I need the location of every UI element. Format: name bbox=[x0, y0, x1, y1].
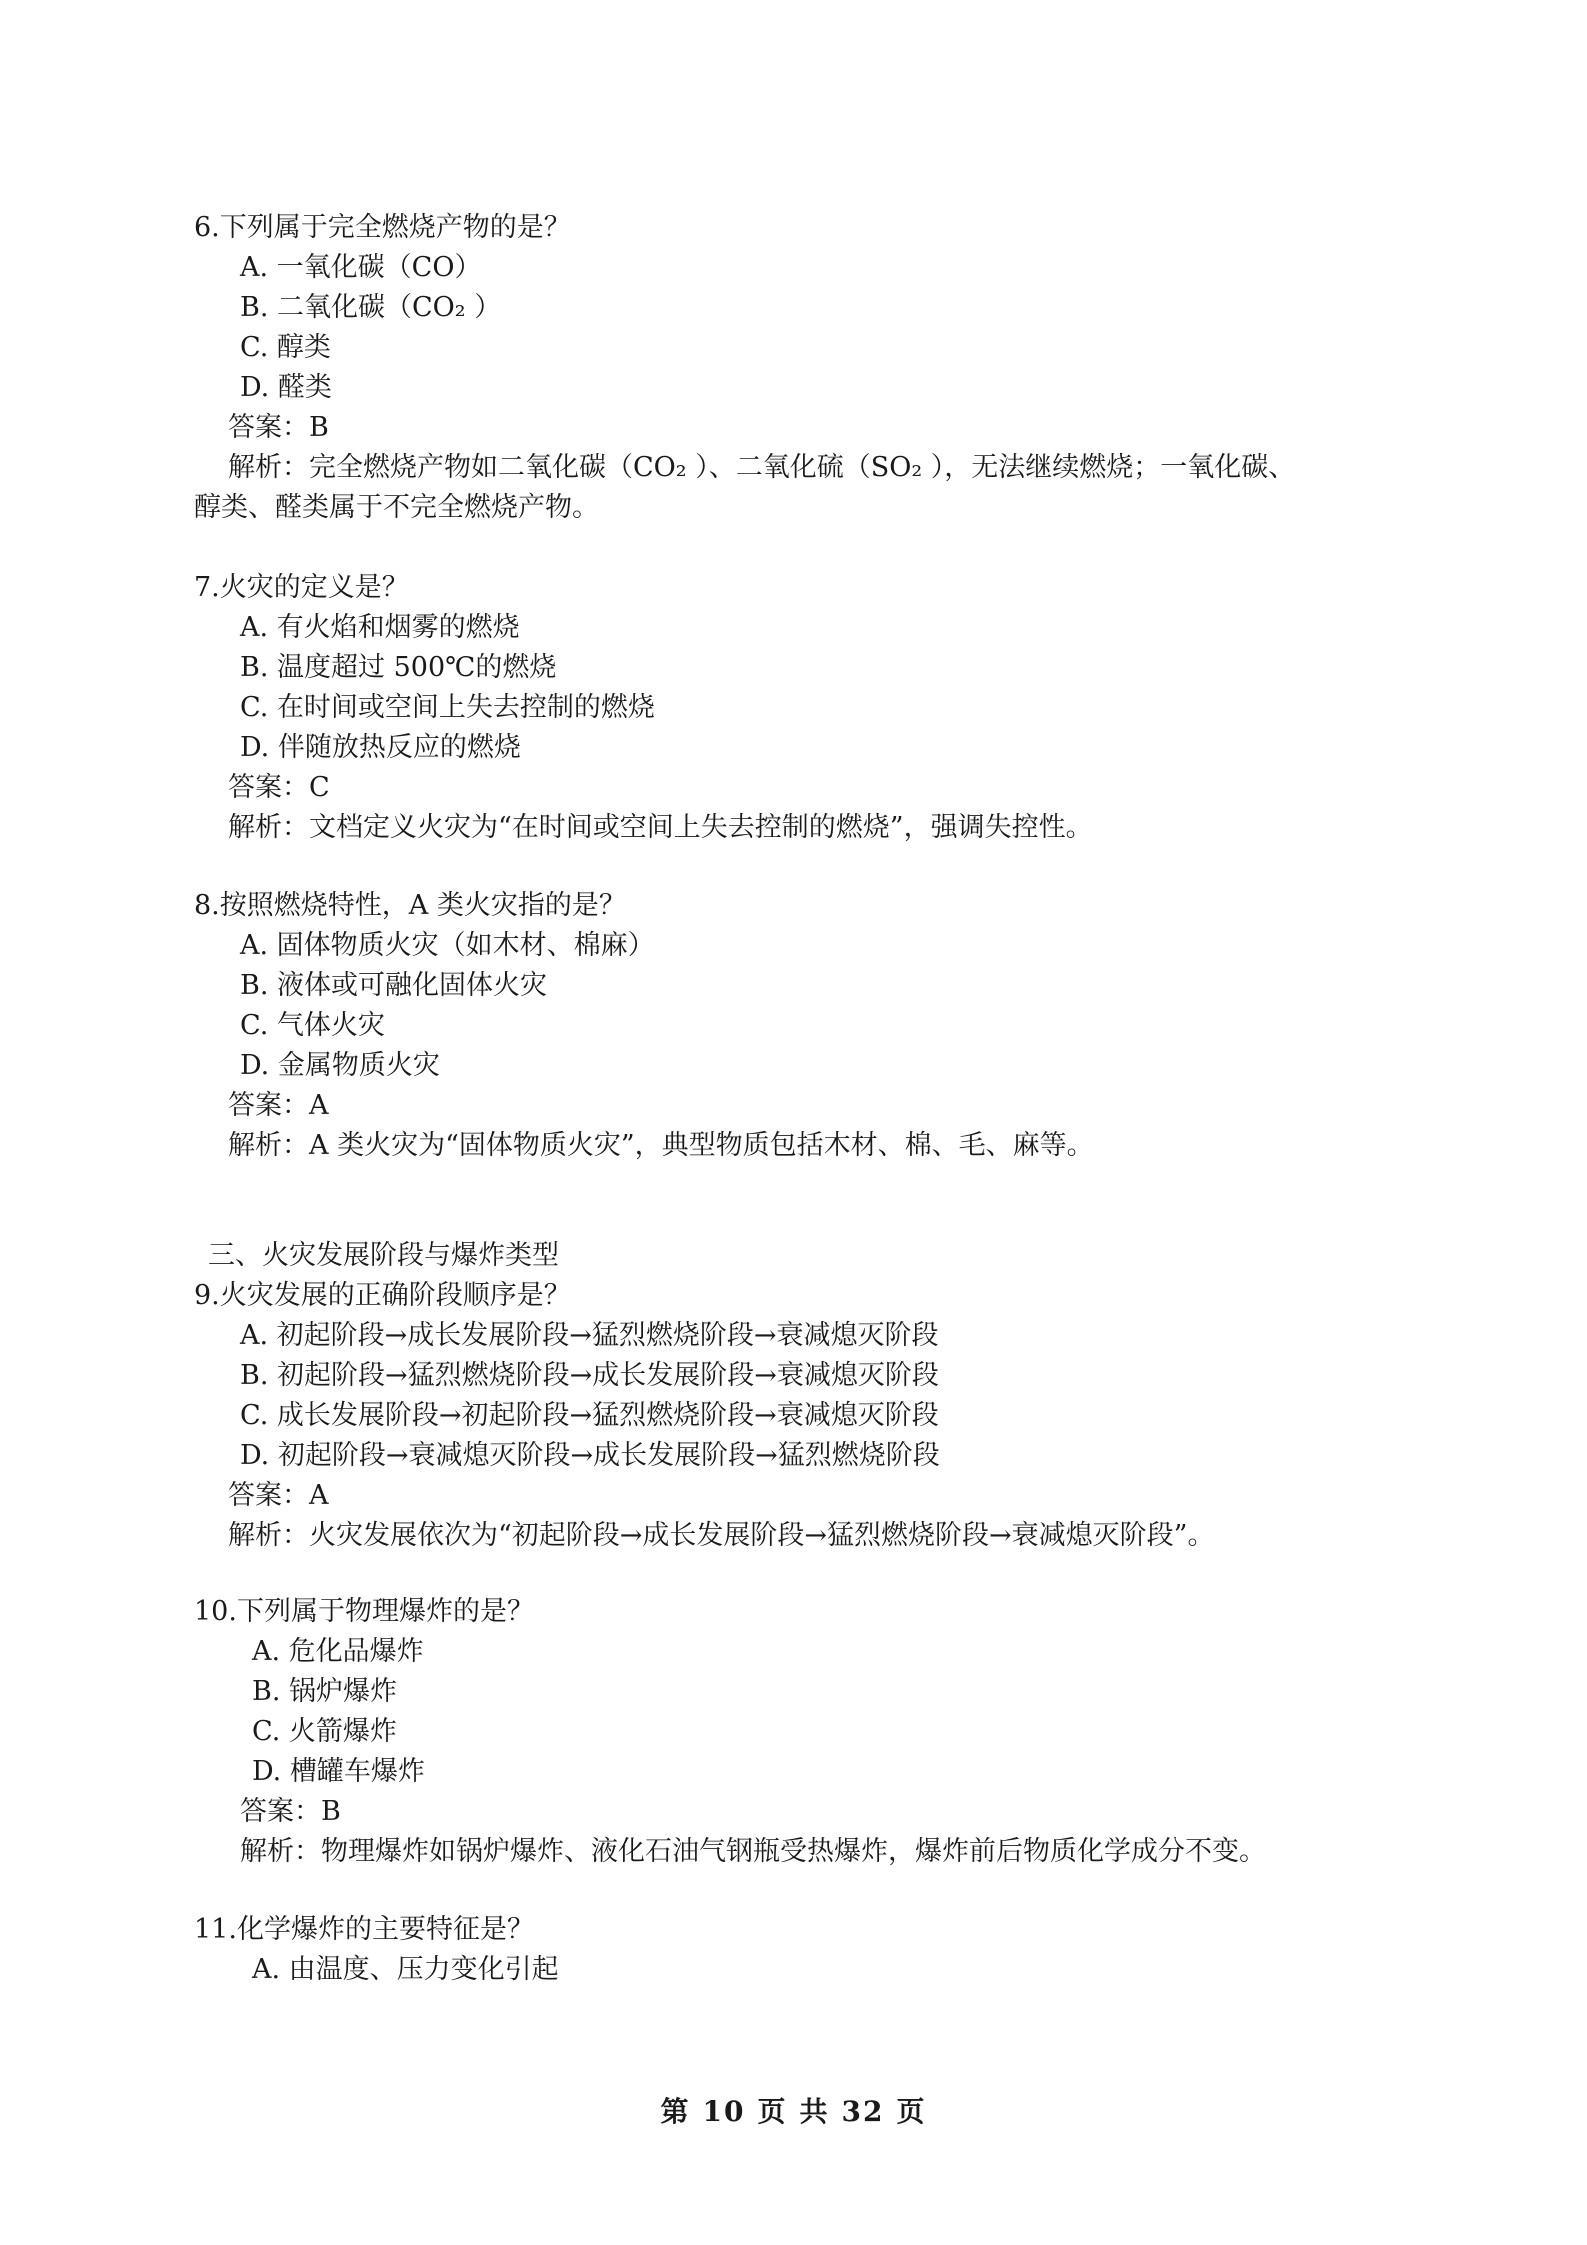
question-8-option-a: A. 固体物质火灾（如木材、棉麻） bbox=[240, 928, 655, 964]
question-8-option-d: D. 金属物质火灾 bbox=[240, 1048, 440, 1084]
question-6-analysis-continued: 醇类、醛类属于不完全燃烧产物。 bbox=[194, 490, 599, 526]
total-pages-number: 32 bbox=[842, 2095, 885, 2128]
question-7-option-b: B. 温度超过 500℃的燃烧 bbox=[240, 650, 556, 686]
question-10-analysis: 解析：物理爆炸如锅炉爆炸、液化石油气钢瓶受热爆炸，爆炸前后物质化学成分不变。 bbox=[240, 1834, 1266, 1870]
question-11-stem: 11.化学爆炸的主要特征是？ bbox=[194, 1912, 534, 1948]
question-9-option-a: A. 初起阶段→成长发展阶段→猛烈燃烧阶段→衰减熄灭阶段 bbox=[240, 1318, 939, 1354]
question-9-option-b: B. 初起阶段→猛烈燃烧阶段→成长发展阶段→衰减熄灭阶段 bbox=[240, 1358, 939, 1394]
question-6-option-c: C. 醇类 bbox=[240, 330, 331, 366]
question-7-option-a: A. 有火焰和烟雾的燃烧 bbox=[240, 610, 520, 646]
page-footer: 第10页共32页 bbox=[0, 2090, 1587, 2130]
question-9-answer: 答案：A bbox=[228, 1478, 329, 1514]
question-9-analysis: 解析：火灾发展依次为“初起阶段→成长发展阶段→猛烈燃烧阶段→衰减熄灭阶段”。 bbox=[228, 1518, 1214, 1554]
question-7-option-c: C. 在时间或空间上失去控制的燃烧 bbox=[240, 690, 655, 726]
question-10-option-b: B. 锅炉爆炸 bbox=[252, 1674, 397, 1710]
question-8-option-c: C. 气体火灾 bbox=[240, 1008, 385, 1044]
question-10-stem: 10.下列属于物理爆炸的是？ bbox=[194, 1594, 534, 1630]
question-9-stem: 9.火灾发展的正确阶段顺序是？ bbox=[194, 1278, 571, 1314]
question-8-stem: 8.按照燃烧特性，A 类火灾指的是？ bbox=[194, 888, 626, 924]
question-9-option-c: C. 成长发展阶段→初起阶段→猛烈燃烧阶段→衰减熄灭阶段 bbox=[240, 1398, 939, 1434]
question-6-option-b: B. 二氧化碳（CO₂ ） bbox=[240, 290, 501, 326]
question-8-analysis: 解析：A 类火灾为“固体物质火灾”，典型物质包括木材、棉、毛、麻等。 bbox=[228, 1128, 1094, 1164]
question-7-answer: 答案：C bbox=[228, 770, 330, 806]
question-10-option-c: C. 火箭爆炸 bbox=[252, 1714, 397, 1750]
question-6-option-d: D. 醛类 bbox=[240, 370, 332, 406]
question-7-option-d: D. 伴随放热反应的燃烧 bbox=[240, 730, 521, 766]
question-6-stem: 6.下列属于完全燃烧产物的是？ bbox=[194, 210, 571, 246]
question-9-option-d: D. 初起阶段→衰减熄灭阶段→成长发展阶段→猛烈燃烧阶段 bbox=[240, 1438, 940, 1474]
question-8-option-b: B. 液体或可融化固体火灾 bbox=[240, 968, 547, 1004]
current-page-number: 10 bbox=[703, 2095, 746, 2128]
question-10-option-d: D. 槽罐车爆炸 bbox=[252, 1754, 425, 1790]
question-10-option-a: A. 危化品爆炸 bbox=[252, 1634, 424, 1670]
question-11-option-a: A. 由温度、压力变化引起 bbox=[252, 1952, 559, 1988]
question-6-analysis: 解析：完全燃烧产物如二氧化碳（CO₂ ）、二氧化硫（SO₂ ），无法继续燃烧；一… bbox=[228, 450, 1295, 486]
question-7-analysis: 解析：文档定义火灾为“在时间或空间上失去控制的燃烧”，强调失控性。 bbox=[228, 810, 1093, 846]
section-heading: 三、火灾发展阶段与爆炸类型 bbox=[208, 1238, 559, 1274]
question-8-answer: 答案：A bbox=[228, 1088, 329, 1124]
question-6-option-a: A. 一氧化碳（CO） bbox=[240, 250, 481, 286]
question-7-stem: 7.火灾的定义是？ bbox=[194, 570, 409, 606]
question-6-answer: 答案：B bbox=[228, 410, 329, 446]
question-10-answer: 答案：B bbox=[240, 1794, 341, 1830]
